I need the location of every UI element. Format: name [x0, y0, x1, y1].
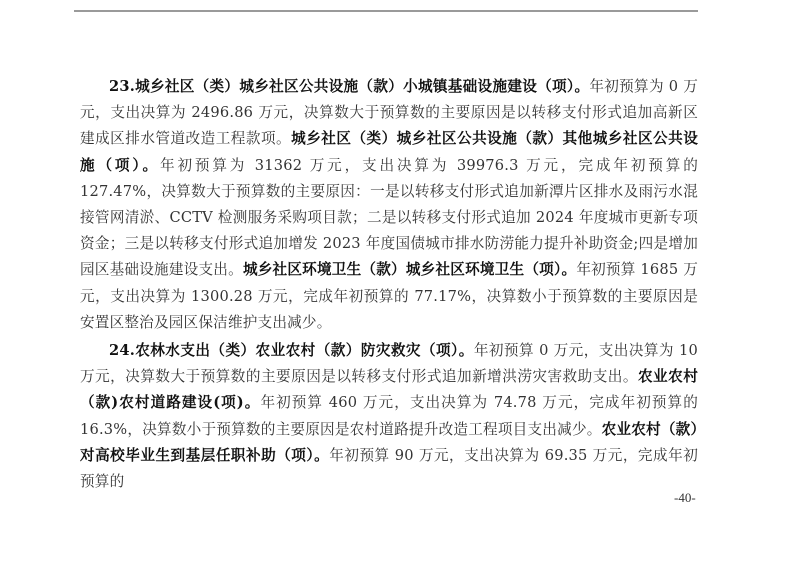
heading-segment: 24.农林水支出（类）农业农村（款）防灾救灾（项）。: [109, 342, 474, 359]
heading-segment: 23.城乡社区（类）城乡社区公共设施（款）小城镇基础设施建设（项）。: [109, 78, 589, 95]
heading-segment: 城乡社区环境卫生（款）城乡社区环境卫生（项）。: [243, 261, 576, 278]
header-rule: [74, 10, 698, 12]
paragraph-24: 24.农林水支出（类）农业农村（款）防灾救灾（项）。年初预算 0 万元，支出决算…: [80, 338, 698, 495]
document-body: 23.城乡社区（类）城乡社区公共设施（款）小城镇基础设施建设（项）。年初预算为 …: [80, 74, 698, 495]
page-number: -40-: [674, 490, 696, 506]
paragraph-23: 23.城乡社区（类）城乡社区公共设施（款）小城镇基础设施建设（项）。年初预算为 …: [80, 74, 698, 336]
